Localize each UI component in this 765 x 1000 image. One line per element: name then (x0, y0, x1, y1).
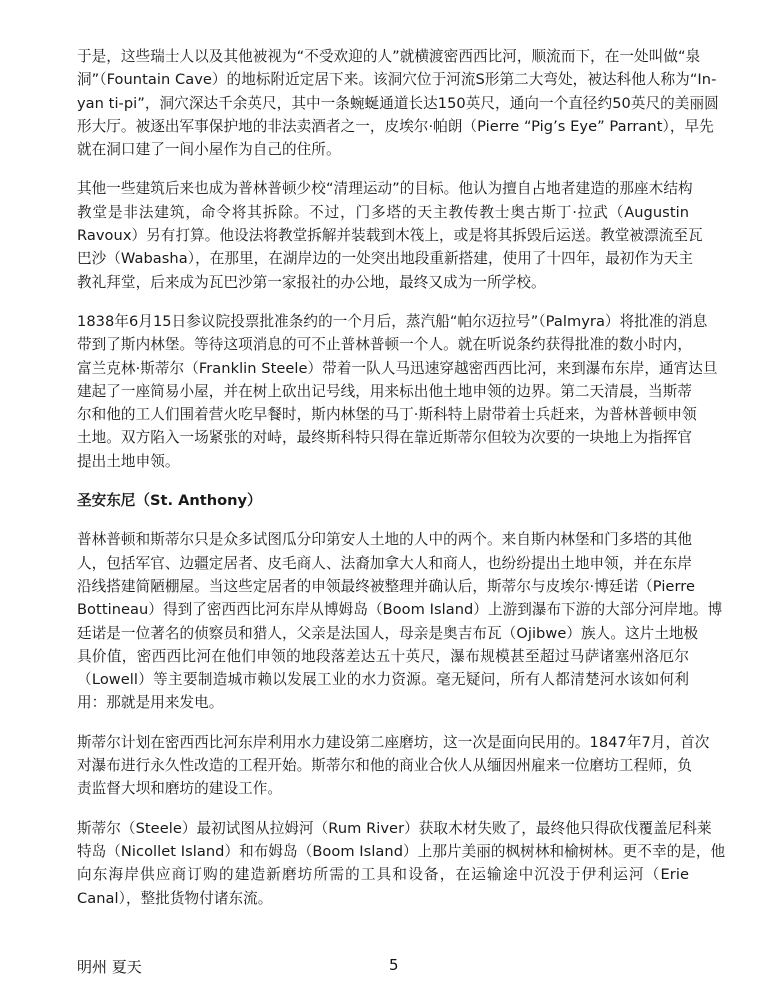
text-line: 教堂是非法建筑，命令将其拆除。不过，门多塔的天主教传教士奥古斯丁·拉武（Augu… (77, 201, 689, 224)
text-line: 土地。双方陷入一场紧张的对峙，最终斯科特只得在靠近斯蒂尔但较为次要的一块地上为指… (77, 426, 689, 449)
text-line: yan ti-pi”，洞穴深达千余英尺，其中一条蜿蜒通道长达150英尺，通向一个… (77, 92, 689, 115)
text-line: Ravoux）另有打算。他设法将教堂拆解并装载到木筏上，或是将其拆毁后运送。教堂… (77, 224, 689, 247)
text-line: 巴沙（Wabasha），在那里，在湖岸边的一处突出地段重新搭建，使用了十四年，最… (77, 247, 689, 270)
text-line: 廷诺是一位著名的侦察员和猎人，父亲是法国人，母亲是奥吉布瓦（Ojibwe）族人。… (77, 622, 689, 645)
text-line: 对瀑布进行永久性改造的工程开始。斯蒂尔和他的商业合伙人从缅因州雇来一位磨坊工程师… (77, 754, 689, 777)
text-line: 就在洞口建了一间小屋作为自己的住所。 (77, 138, 689, 161)
paragraph-land-claims: 普林普顿和斯蒂尔只是众多试图瓜分印第安人土地的人中的两个。来自斯内林堡和门多塔的… (77, 528, 689, 714)
text-line: 教礼拜堂，后来成为瓦巴沙第一家报社的办公地，最终又成为一所学校。 (77, 271, 689, 294)
paragraph-church: 其他一些建筑后来也成为普林普顿少校“清理运动”的目标。他认为擅自占地者建造的那座… (77, 177, 689, 293)
text-line: 普林普顿和斯蒂尔只是众多试图瓜分印第安人土地的人中的两个。来自斯内林堡和门多塔的… (77, 528, 689, 551)
text-line: 其他一些建筑后来也成为普林普顿少校“清理运动”的目标。他认为擅自占地者建造的那座… (77, 177, 689, 200)
text-line: 具价值，密西西比河在他们申领的地段落差达五十英尺，瀑布规模甚至超过马萨诸塞州洛厄… (77, 645, 689, 668)
text-line: 斯蒂尔计划在密西西比河东岸利用水力建设第二座磨坊，这一次是面向民用的。1847年… (77, 731, 689, 754)
paragraph-fountain-cave: 于是，这些瑞士人以及其他被视为“不受欢迎的人”就横渡密西西比河，顺流而下，在一处… (77, 45, 689, 161)
paragraph-timber: 斯蒂尔（Steele）最初试图从拉姆河（Rum River）获取木材失败了，最终… (77, 817, 689, 910)
text-line: 带到了斯内林堡。等待这项消息的可不止普林普顿一个人。就在听说条约获得批准的数小时… (77, 333, 689, 356)
text-line: 1838年6月15日参议院投票批准条约的一个月后，蒸汽船“帕尔迈拉号”（Palm… (77, 310, 689, 333)
section-heading: 圣安东尼（St. Anthony） (77, 489, 689, 512)
text-line: 提出土地申领。 (77, 450, 689, 473)
text-line: 洞”（Fountain Cave）的地标附近定居下来。该洞穴位于河流S形第二大弯… (77, 68, 689, 91)
text-line: （Lowell）等主要制造城市赖以发展工业的水力资源。毫无疑问，所有人都清楚河水… (77, 668, 689, 691)
text-line: Bottineau）得到了密西西比河东岸从博姆岛（Boom Island）上游到… (77, 598, 689, 621)
text-line: 责监督大坝和磨坊的建设工作。 (77, 777, 689, 800)
paragraph-treaty: 1838年6月15日参议院投票批准条约的一个月后，蒸汽船“帕尔迈拉号”（Palm… (77, 310, 689, 473)
text-line: 向东海岸供应商订购的建造新磨坊所需的工具和设备，在运输途中沉没于伊利运河（Eri… (77, 863, 689, 886)
text-line: 尔和他的工人们围着营火吃早餐时，斯内林堡的马丁·斯科特上尉带着士兵赶来，为普林普… (77, 403, 689, 426)
page-number: 5 (389, 956, 399, 974)
text-line: 人，包括军官、边疆定居者、皮毛商人、法裔加拿大人和商人，也纷纷提出土地申领，并在… (77, 552, 689, 575)
page-body: 于是，这些瑞士人以及其他被视为“不受欢迎的人”就横渡密西西比河，顺流而下，在一处… (77, 45, 689, 926)
text-line: 用：那就是用来发电。 (77, 691, 689, 714)
text-line: 富兰克林·斯蒂尔（Franklin Steele）带着一队人马迅速穿越密西西比河… (77, 357, 689, 380)
text-line: 形大厅。被逐出军事保护地的非法卖酒者之一，皮埃尔·帕朗（Pierre “Pig’… (77, 115, 689, 138)
text-line: Canal），整批货物付诸东流。 (77, 887, 689, 910)
footer-title: 明州 夏天 (77, 956, 142, 977)
text-line: 于是，这些瑞士人以及其他被视为“不受欢迎的人”就横渡密西西比河，顺流而下，在一处… (77, 45, 689, 68)
text-line: 沿线搭建简陋棚屋。当这些定居者的申领最终被整理并确认后，斯蒂尔与皮埃尔·博廷诺（… (77, 575, 689, 598)
text-line: 建起了一座简易小屋，并在树上砍出记号线，用来标出他土地申领的边界。第二天清晨，当… (77, 380, 689, 403)
text-line: 斯蒂尔（Steele）最初试图从拉姆河（Rum River）获取木材失败了，最终… (77, 817, 689, 840)
paragraph-second-mill: 斯蒂尔计划在密西西比河东岸利用水力建设第二座磨坊，这一次是面向民用的。1847年… (77, 731, 689, 801)
text-line: 特岛（Nicollet Island）和布姆岛（Boom Island）上那片美… (77, 840, 689, 863)
